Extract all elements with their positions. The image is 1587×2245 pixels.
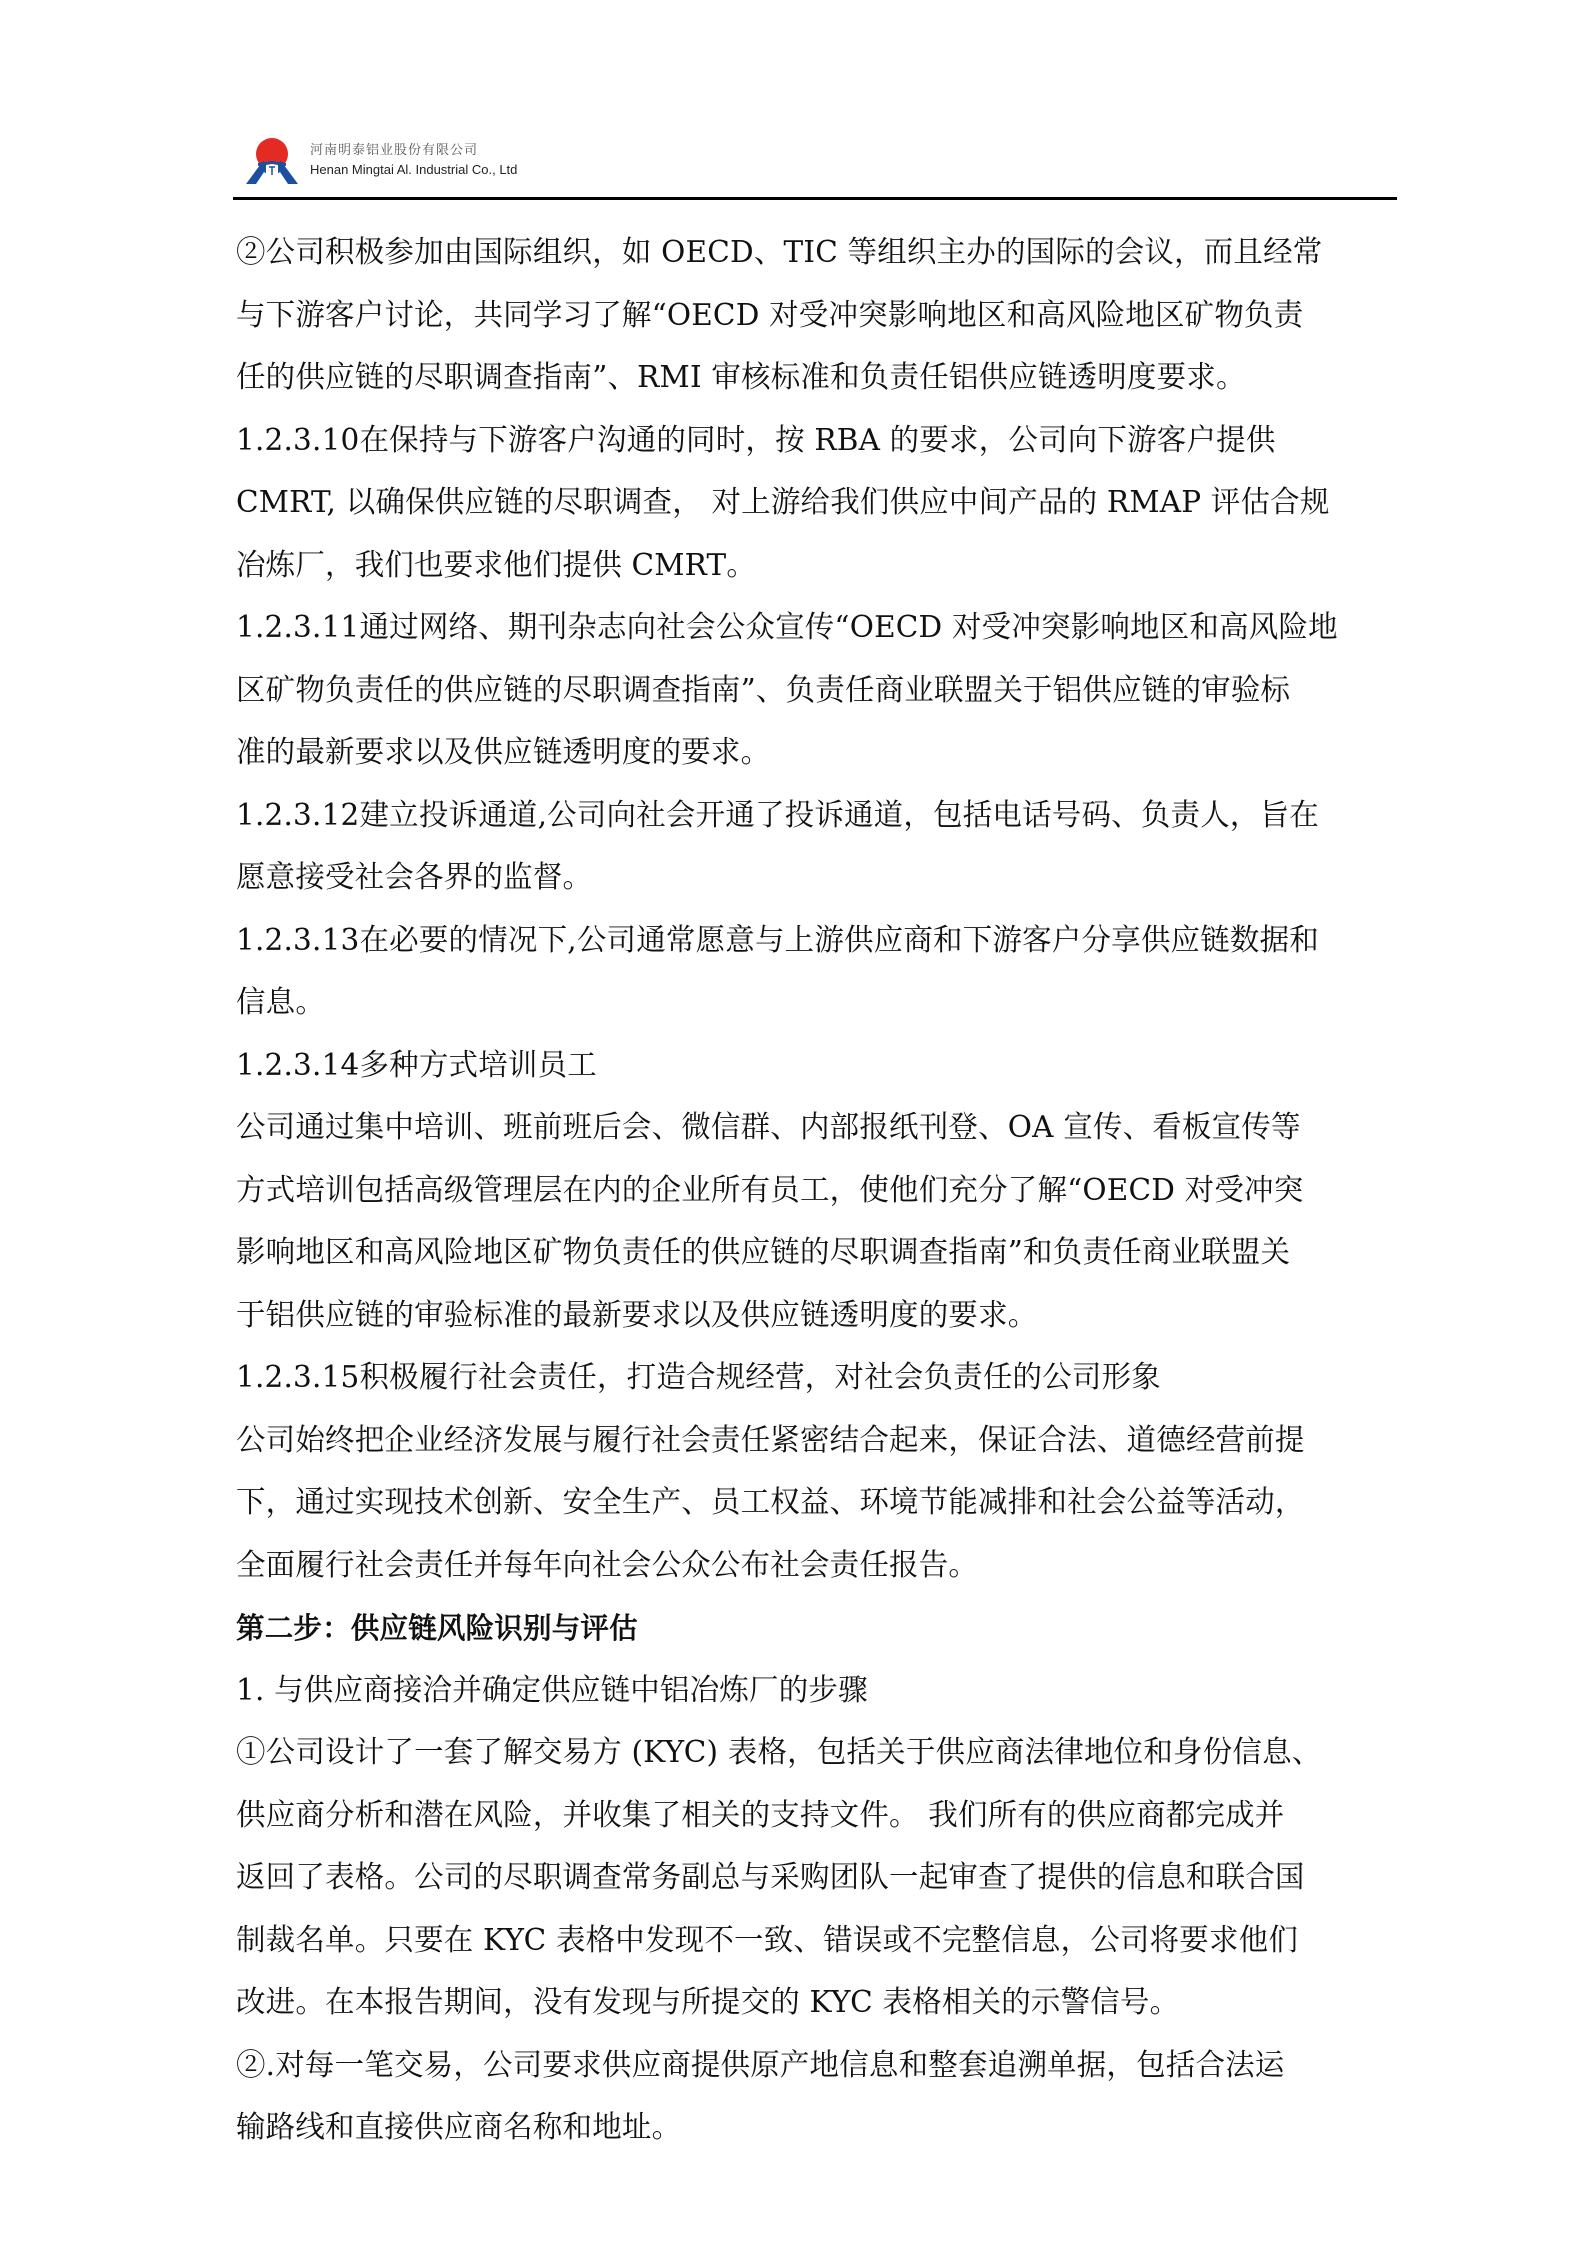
company-name-cn: 河南明泰铝业股份有限公司: [310, 142, 517, 160]
text-line: 供应商分析和潜在风险，并收集了相关的支持文件。 我们所有的供应商都完成并: [236, 1785, 1386, 1848]
text-line: 下，通过实现技术创新、安全生产、员工权益、环境节能减排和社会公益等活动，: [236, 1472, 1386, 1535]
text-line: 方式培训包括高级管理层在内的企业所有员工，使他们充分了解“OECD 对受冲突: [236, 1160, 1386, 1223]
text-line: 制裁名单。只要在 KYC 表格中发现不一致、错误或不完整信息，公司将要求他们: [236, 1910, 1386, 1973]
text-line: 改进。在本报告期间，没有发现与所提交的 KYC 表格相关的示警信号。: [236, 1972, 1386, 2035]
text-line: 1. 与供应商接洽并确定供应链中铝冶炼厂的步骤: [236, 1660, 1386, 1723]
text-line: 愿意接受社会各界的监督。: [236, 847, 1386, 910]
section-heading: 第二步：供应链风险识别与评估: [236, 1597, 1386, 1660]
text-line: 1.2.3.13在必要的情况下,公司通常愿意与上游供应商和下游客户分享供应链数据…: [236, 910, 1386, 973]
page-header: 河南明泰铝业股份有限公司 Henan Mingtai Al. Industria…: [236, 130, 1398, 202]
text-line: 与下游客户讨论，共同学习了解“OECD 对受冲突影响地区和高风险地区矿物负责: [236, 285, 1386, 348]
text-line: 全面履行社会责任并每年向社会公众公布社会责任报告。: [236, 1535, 1386, 1598]
text-line: ②.对每一笔交易，公司要求供应商提供原产地信息和整套追溯单据，包括合法运: [236, 2035, 1386, 2098]
text-line: 1.2.3.12建立投诉通道,公司向社会开通了投诉通道，包括电话号码、负责人，旨…: [236, 785, 1386, 848]
company-name-en: Henan Mingtai Al. Industrial Co., Ltd: [310, 161, 517, 179]
text-line: 1.2.3.11通过网络、期刊杂志向社会公众宣传“OECD 对受冲突影响地区和高…: [236, 597, 1386, 660]
text-line: 任的供应链的尽职调查指南”、RMI 审核标准和负责任铝供应链透明度要求。: [236, 347, 1386, 410]
text-line: 信息。: [236, 972, 1386, 1035]
text-line: 区矿物负责任的供应链的尽职调查指南”、负责任商业联盟关于铝供应链的审验标: [236, 660, 1386, 723]
text-line: 1.2.3.10在保持与下游客户沟通的同时，按 RBA 的要求，公司向下游客户提…: [236, 410, 1386, 473]
text-line: 1.2.3.14多种方式培训员工: [236, 1035, 1386, 1098]
header-divider: [233, 197, 1397, 200]
company-names: 河南明泰铝业股份有限公司 Henan Mingtai Al. Industria…: [310, 142, 517, 179]
company-logo-icon: [244, 137, 300, 185]
text-line: 于铝供应链的审验标准的最新要求以及供应链透明度的要求。: [236, 1285, 1386, 1348]
text-line: 1.2.3.15积极履行社会责任，打造合规经营，对社会负责任的公司形象: [236, 1347, 1386, 1410]
text-line: ②公司积极参加由国际组织，如 OECD、TIC 等组织主办的国际的会议，而且经常: [236, 222, 1386, 285]
text-line: 冶炼厂，我们也要求他们提供 CMRT。: [236, 535, 1386, 598]
text-line: 返回了表格。公司的尽职调查常务副总与采购团队一起审查了提供的信息和联合国: [236, 1847, 1386, 1910]
document-body: ②公司积极参加由国际组织，如 OECD、TIC 等组织主办的国际的会议，而且经常…: [236, 222, 1406, 2160]
text-line: 影响地区和高风险地区矿物负责任的供应链的尽职调查指南”和负责任商业联盟关: [236, 1222, 1386, 1285]
text-line: 公司通过集中培训、班前班后会、微信群、内部报纸刊登、OA 宣传、看板宣传等: [236, 1097, 1386, 1160]
text-line: 公司始终把企业经济发展与履行社会责任紧密结合起来，保证合法、道德经营前提: [236, 1410, 1386, 1473]
text-line: CMRT, 以确保供应链的尽职调查， 对上游给我们供应中间产品的 RMAP 评估…: [236, 472, 1386, 535]
text-line: 输路线和直接供应商名称和地址。: [236, 2097, 1386, 2160]
text-line: ①公司设计了一套了解交易方 (KYC) 表格，包括关于供应商法律地位和身份信息、: [236, 1722, 1386, 1785]
text-line: 准的最新要求以及供应链透明度的要求。: [236, 722, 1386, 785]
